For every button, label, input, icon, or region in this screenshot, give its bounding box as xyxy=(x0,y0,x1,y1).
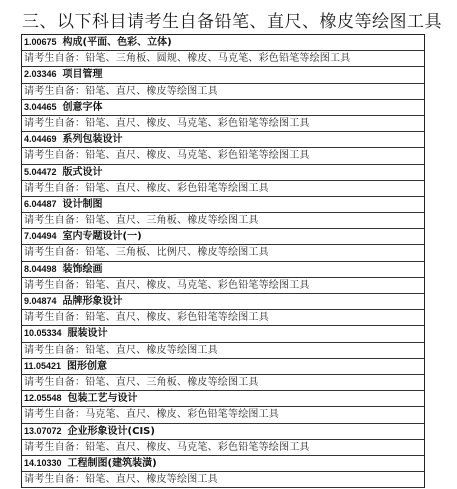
subject-tools-row: 请考生自备：铅笔、直尺、橡皮、彩色铅笔等绘图工具 xyxy=(22,181,424,197)
subject-name: 工程制图(建筑装潢) xyxy=(68,458,157,469)
subject-header-row: 10.05334服装设计 xyxy=(22,326,424,342)
subject-name: 版式设计 xyxy=(63,167,103,178)
subject-tools-row: 请考生自备：铅笔、三角板、比例尺、橡皮等绘图工具 xyxy=(22,245,424,261)
subject-name: 项目管理 xyxy=(63,69,103,80)
subject-header-row: 2.03346项目管理 xyxy=(22,67,424,83)
subject-code: 11.05421 xyxy=(24,361,61,371)
subject-tools-row: 请考生自备：马克笔、直尺、橡皮、彩色铅笔等绘图工具 xyxy=(22,407,424,423)
subject-header-row: 14.10330工程制图(建筑装潢) xyxy=(22,456,424,472)
subject-name: 包装工艺与设计 xyxy=(68,393,138,404)
subject-header-row: 11.05421图形创意 xyxy=(22,359,424,375)
subject-header-row: 8.04498装饰绘画 xyxy=(22,262,424,278)
subject-header-row: 5.04472版式设计 xyxy=(22,165,424,181)
subject-code: 12.05548 xyxy=(24,393,62,403)
subject-code: 13.07072 xyxy=(24,426,62,436)
subject-header-row: 12.05548包装工艺与设计 xyxy=(22,391,424,407)
subject-header-row: 3.04465创意字体 xyxy=(22,100,424,116)
subject-code: 6.04487 xyxy=(24,199,57,209)
subject-code: 14.10330 xyxy=(24,458,62,468)
subject-name: 品牌形象设计 xyxy=(63,296,123,307)
subject-code: 3.04465 xyxy=(24,102,57,112)
subject-tools-row: 请考生自备：铅笔、直尺、三角板、橡皮等绘图工具 xyxy=(22,213,424,229)
subject-code: 10.05334 xyxy=(24,328,62,338)
subject-tools-row: 请考生自备：铅笔、直尺、橡皮等绘图工具 xyxy=(22,343,424,359)
subject-tools-row: 请考生自备：铅笔、直尺、橡皮等绘图工具 xyxy=(22,472,424,488)
subject-code: 4.04469 xyxy=(24,134,57,144)
subject-tools-row: 请考生自备：铅笔、直尺、橡皮、马克笔、彩色铅笔等绘图工具 xyxy=(22,116,424,132)
subject-code: 9.04874 xyxy=(24,296,57,306)
subject-name: 设计制图 xyxy=(63,199,103,210)
subject-tools-row: 请考生自备：铅笔、直尺、橡皮、马克笔、彩色铅笔等绘图工具 xyxy=(22,278,424,294)
subject-name: 企业形象设计(CIS) xyxy=(68,426,155,437)
subject-header-row: 13.07072企业形象设计(CIS) xyxy=(22,424,424,440)
subject-header-row: 6.04487设计制图 xyxy=(22,197,424,213)
subject-code: 1.00675 xyxy=(24,37,57,47)
subject-header-row: 1.00675构成(平面、色彩、立体) xyxy=(22,35,424,51)
subject-name: 创意字体 xyxy=(63,102,103,113)
subject-header-row: 9.04874品牌形象设计 xyxy=(22,294,424,310)
subjects-table: 1.00675构成(平面、色彩、立体) 请考生自备：铅笔、三角板、圆规、橡皮、马… xyxy=(21,34,425,488)
subject-code: 8.04498 xyxy=(24,264,57,274)
subject-name: 服装设计 xyxy=(68,328,108,339)
subject-name: 系列包装设计 xyxy=(63,134,123,145)
subject-tools-row: 请考生自备：铅笔、直尺、三角板、橡皮等绘图工具 xyxy=(22,375,424,391)
subject-tools-row: 请考生自备：铅笔、直尺、橡皮、马克笔、彩色铅笔等绘图工具 xyxy=(22,148,424,164)
subject-code: 5.04472 xyxy=(24,167,57,177)
subject-tools-row: 请考生自备：铅笔、三角板、圆规、橡皮、马克笔、彩色铅笔等绘图工具 xyxy=(22,51,424,67)
subject-header-row: 4.04469系列包装设计 xyxy=(22,132,424,148)
subject-code: 7.04494 xyxy=(24,231,57,241)
subject-tools-row: 请考生自备：铅笔、直尺、橡皮、彩色铅笔等绘图工具 xyxy=(22,310,424,326)
subject-code: 2.03346 xyxy=(24,69,57,79)
subject-name: 构成(平面、色彩、立体) xyxy=(63,37,172,48)
page-title: 三、以下科目请考生自备铅笔、直尺、橡皮等绘图工具 xyxy=(22,7,442,32)
subject-tools-row: 请考生自备：铅笔、直尺、橡皮、马克笔、彩色铅笔等绘图工具 xyxy=(22,440,424,456)
subject-header-row: 7.04494室内专题设计(一) xyxy=(22,229,424,245)
subject-name: 图形创意 xyxy=(67,361,107,372)
subject-tools-row: 请考生自备：铅笔、直尺、橡皮等绘图工具 xyxy=(22,84,424,100)
subject-name: 室内专题设计(一) xyxy=(63,231,142,242)
subject-name: 装饰绘画 xyxy=(63,264,103,275)
